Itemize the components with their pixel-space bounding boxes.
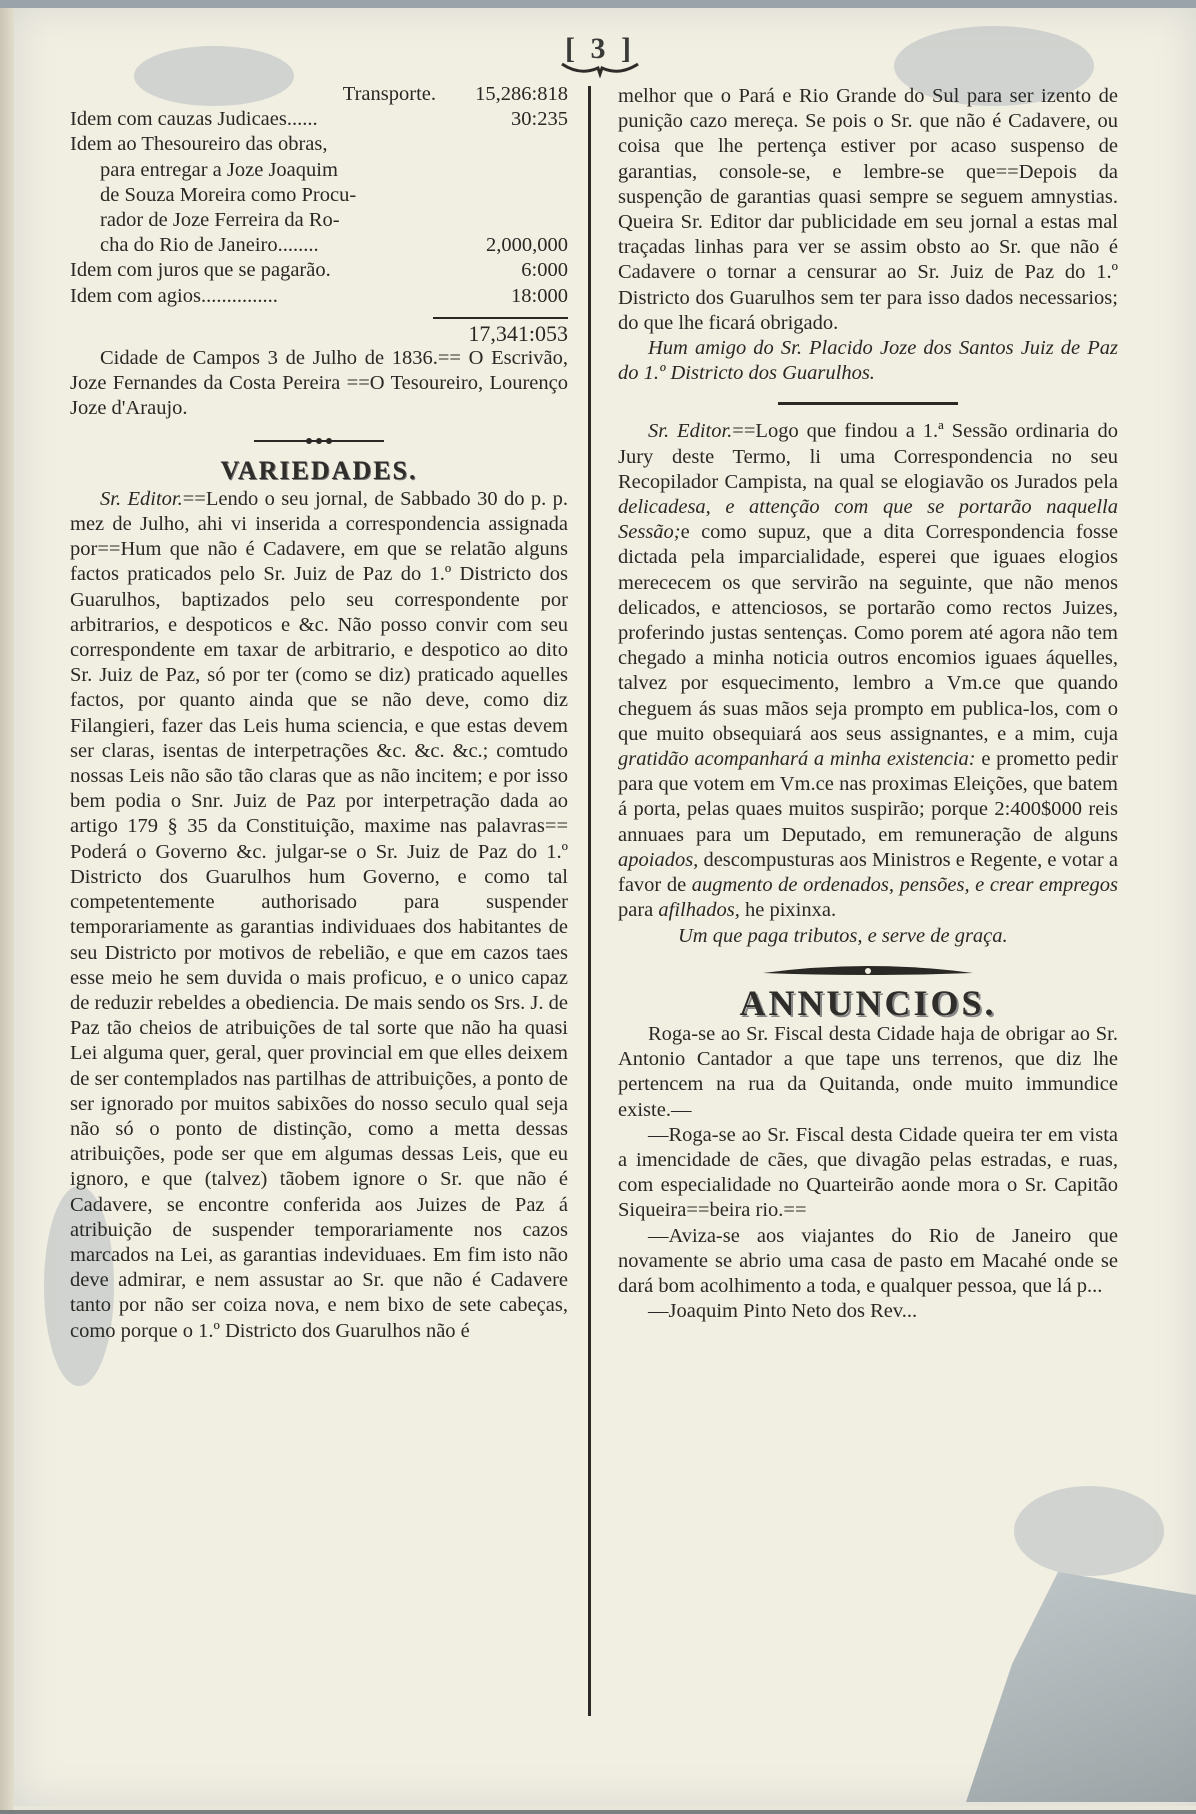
ledger-row: rador de Joze Ferreira da Ro- — [70, 208, 568, 233]
ledger-row: Idem ao Thesoureiro das obras, — [70, 132, 568, 157]
ledger-row: para entregar a Joze Joaquim — [70, 158, 568, 183]
ad-item: Roga-se ao Sr. Fiscal desta Cidade haja … — [618, 1022, 1118, 1123]
ledger: Transporte. 15,286:818 Idem com cauzas J… — [70, 82, 568, 346]
ledger-total: 17,341:053 — [70, 321, 568, 346]
signature-block: Cidade de Campos 3 de Julho de 1836.== O… — [70, 346, 568, 422]
page-top-edge — [0, 0, 1196, 8]
ledger-row: de Souza Moreira como Procu- — [70, 183, 568, 208]
page-bottom-edge — [0, 1810, 1196, 1814]
article-continued: melhor que o Pará e Rio Grande do Sul pa… — [618, 84, 1118, 336]
swell-rule-ornament-icon — [763, 963, 973, 979]
ad-item: —Aviza-se aos viajantes do Rio de Janeir… — [618, 1224, 1118, 1300]
divider-ornament-icon — [254, 436, 384, 446]
letter-signature: Um que paga tributos, e serve de graça. — [618, 924, 1118, 949]
ledger-transport-row: Transporte. 15,286:818 — [70, 82, 568, 107]
ledger-row: cha do Rio de Janeiro........2,000,000 — [70, 233, 568, 258]
ledger-label: Transporte. — [70, 82, 448, 107]
ledger-row: Idem com agios...............18:000 — [70, 284, 568, 309]
ledger-row: Idem com cauzas Judicaes......30:235 — [70, 107, 568, 132]
section-title-annuncios: ANNUNCIOS. — [618, 991, 1118, 1016]
column-divider — [588, 86, 591, 1716]
ledger-amount: 15,286:818 — [448, 82, 568, 107]
page-number: [ 3 ] — [555, 32, 645, 66]
letter-paragraph: Sr. Editor.==Logo que findou a 1.ª Sessã… — [618, 419, 1118, 923]
section-title-variedades: VARIEDADES. — [70, 458, 568, 483]
ad-item: —Roga-se ao Sr. Fiscal desta Cidade quei… — [618, 1123, 1118, 1224]
article-salutation: Sr. Editor. — [100, 488, 183, 510]
letter-salutation: Sr. Editor. — [648, 420, 732, 442]
page-header: [ 3 ] — [555, 32, 645, 78]
ad-item: —Joaquim Pinto Neto dos Rev... — [618, 1299, 1118, 1324]
ledger-row: Idem com juros que se pagarão.6:000 — [70, 258, 568, 283]
sum-rule — [433, 317, 568, 319]
torn-corner — [966, 1572, 1196, 1802]
page-edge — [0, 0, 14, 1814]
article-signature: Hum amigo do Sr. Placido Joze dos Santos… — [618, 336, 1118, 386]
article-paragraph: Sr. Editor.==Lendo o seu jornal, de Sabb… — [70, 487, 568, 1344]
right-column: melhor que o Pará e Rio Grande do Sul pa… — [618, 84, 1118, 1324]
divider-rule — [778, 402, 958, 405]
water-stain — [1014, 1486, 1164, 1576]
article-body: ==Lendo o seu jornal, de Sabbado 30 do p… — [70, 488, 568, 1342]
left-column: Transporte. 15,286:818 Idem com cauzas J… — [70, 82, 568, 1344]
